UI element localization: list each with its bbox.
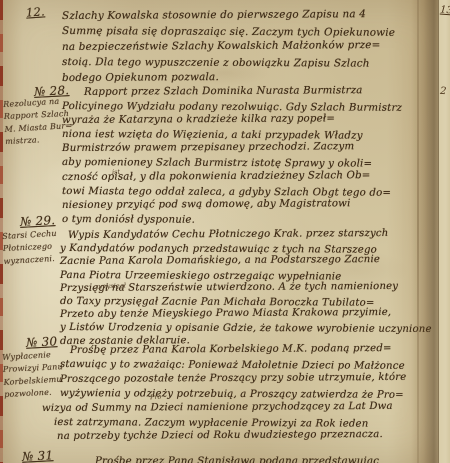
handwritten-line: na potrzeby tychże Dzieci od Roku dwudzi…: [57, 428, 407, 445]
manuscript-page: 12. Szlachy Kowalska stosownie do pierws…: [0, 0, 450, 463]
entry-continuation-body: Szlachy Kowalska stosownie do pierwszego…: [62, 9, 395, 86]
entry-29-margin-note: Starsi CechuPłotniczegowyznaczeni.: [2, 228, 66, 268]
interlinear-insertion: ist: [112, 168, 120, 176]
interlinear-insertion: Pro: [150, 393, 162, 401]
handwritten-line: Prośbę przez Pana Karola Korbelskiego M.…: [60, 342, 407, 359]
entry-30-number: № 30: [26, 334, 58, 350]
entry-31-clipped-line: Prośbę przez Pana Stanisława podaną prze…: [95, 456, 379, 463]
entry-30-body: Prośbę przez Pana Karola Korbelskiego M.…: [60, 344, 406, 445]
handwritten-line: Przeto aby tenże Mieyskiego Prawo Miasta…: [60, 306, 432, 321]
page-crease: [417, 0, 419, 463]
handwritten-line: pozwolone.: [4, 386, 67, 401]
handwritten-line: wizya od Summy na Dzieci namienione przy…: [42, 399, 407, 416]
next-page-text-fragment: 13: [440, 5, 450, 17]
entry-31-number: № 31: [22, 448, 54, 463]
handwritten-line: niesioney przyiąć pod swą domowę, aby Ma…: [62, 197, 402, 213]
entry-30-margin-note: WypłacenieProwizyi PanuKorbelskiemupozwo…: [2, 349, 67, 402]
handwritten-line: Zacnie Pana Karola Domańskiego, a na Pod…: [60, 253, 432, 268]
handwritten-line: wyraża że Katarzyna o kradzieże kilka ra…: [62, 112, 402, 128]
handwritten-line: mistrza.: [5, 133, 68, 148]
next-page-edge: 13 2: [438, 0, 450, 463]
handwritten-line: wyznaczeni.: [3, 252, 66, 268]
handwritten-line: Szlachy Kowalska stosownie do pierwszego…: [62, 7, 395, 24]
entry-28-margin-note: Rezolucya naRapport SzlachM. Miasta Bur=…: [3, 96, 68, 149]
folio-number: 12.: [26, 4, 46, 19]
handwritten-line: Rapport przez Szlach Dominika Nurasta Bu…: [62, 84, 402, 100]
handwritten-line: Proszącego pozostałe tenże Proszący przy…: [60, 371, 407, 388]
handwritten-line: na bezpieczeństwie Szlachy Kowalskich Ma…: [62, 38, 395, 55]
next-page-text-fragment: 2: [440, 86, 447, 97]
handwritten-line: Burmistrzów prawem przepisaney przechodz…: [62, 140, 402, 156]
entry-28-body: Rapport przez Szlach Dominika Nurasta Bu…: [62, 86, 402, 227]
entry-29-number: № 29.: [20, 213, 56, 229]
interlinear-insertion: przysięgł: [96, 281, 126, 290]
handwritten-line: Wypis Kandydatów Cechu Płotniczego Krak.…: [60, 227, 432, 242]
